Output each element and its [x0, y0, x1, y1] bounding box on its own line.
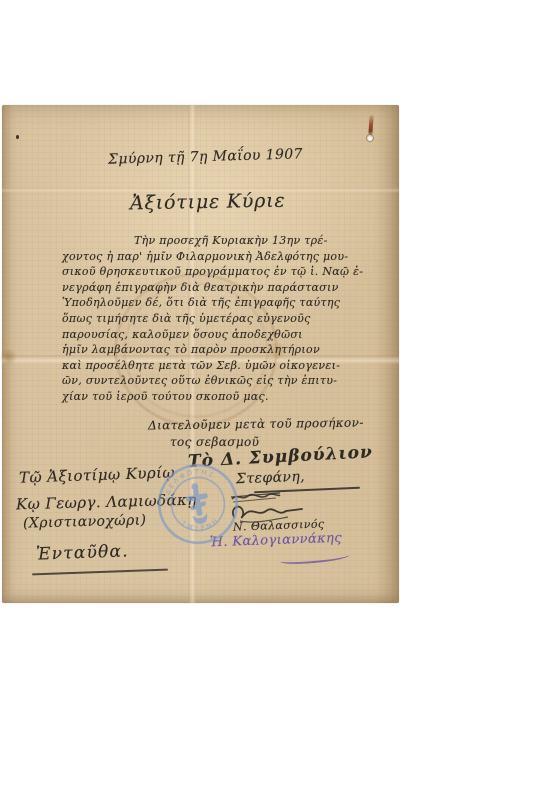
- closing-line-1: Διατελοῦμεν μετὰ τοῦ προσήκον-: [148, 415, 364, 432]
- addressee-underline: [32, 569, 168, 576]
- body-line: Τὴν προσεχῆ Κυριακὴν 13ην τρέ-: [62, 233, 398, 249]
- stain-left-edge: [0, 348, 17, 366]
- signature-stefani: Στεφάνη,: [236, 469, 305, 487]
- scan-canvas: Σμύρνη τῇ 7ῃ Μαΐου 1907 Ἀξιότιμε Κύριε Τ…: [0, 0, 549, 800]
- salutation: Ἀξιότιμε Κύριε: [130, 190, 286, 215]
- closing-line-2: τος σεβασμοῦ: [170, 435, 259, 449]
- place-date-line: Σμύρνη τῇ 7ῃ Μαΐου 1907: [108, 146, 303, 167]
- body-line: Ὑποδηλοῦμεν δέ, ὅτι διὰ τῆς ἐπιγραφῆς τα…: [62, 295, 398, 311]
- letter-paper: Σμύρνη τῇ 7ῃ Μαΐου 1907 Ἀξιότιμε Κύριε Τ…: [2, 105, 399, 603]
- addressee-line-4: Ἐνταῦθα.: [36, 541, 129, 564]
- ink-speck: [16, 135, 19, 139]
- purple-signature-flourish: [280, 551, 351, 566]
- stamp-ring-text-bottom: ΣΜΥΡΝΗ: [179, 513, 223, 536]
- addressee-line-3: (Χριστιανοχώρι): [23, 512, 147, 531]
- paper-hole: [367, 135, 373, 141]
- stamp-emblem-icon: [184, 482, 212, 525]
- body-line: καὶ προσέλθητε μετὰ τῶν Σεβ. ὑμῶν οἰκογε…: [62, 358, 398, 374]
- body-line: χίαν τοῦ ἱεροῦ τούτου σκοποῦ μας.: [62, 389, 398, 405]
- body-line: χοντος ἡ παρ' ἡμῖν Φιλαρμονικὴ Ἀδελφότης…: [62, 249, 398, 265]
- rust-streak: [368, 115, 373, 135]
- round-stamp: ΑΔΕΛΦΟΤΗΣ ΣΜΥΡΝΗ: [147, 453, 249, 555]
- body-line: νεγράφη ἐπιγραφὴν διὰ θεατρικὴν παράστασ…: [62, 280, 398, 296]
- body-line: ἡμῖν λαμβάνοντας τὸ παρὸν προσκλητήριον: [62, 342, 398, 358]
- body-line: ὅπως τιμήσητε διὰ τῆς ὑμετέρας εὐγενοῦς: [62, 311, 398, 327]
- body-line: παρουσίας, καλοῦμεν ὅσους ἀποδεχθῶσι: [62, 327, 398, 343]
- body-line: ῶν, συντελοῦντες οὕτω ἐθνικῶς εἰς τὴν ἐπ…: [62, 373, 398, 389]
- body-line: σικοῦ θρησκευτικοῦ προγράμματος ἐν τῷ ἱ.…: [62, 264, 398, 280]
- letter-body: Τὴν προσεχῆ Κυριακὴν 13ην τρέ- χοντος ἡ …: [62, 233, 398, 405]
